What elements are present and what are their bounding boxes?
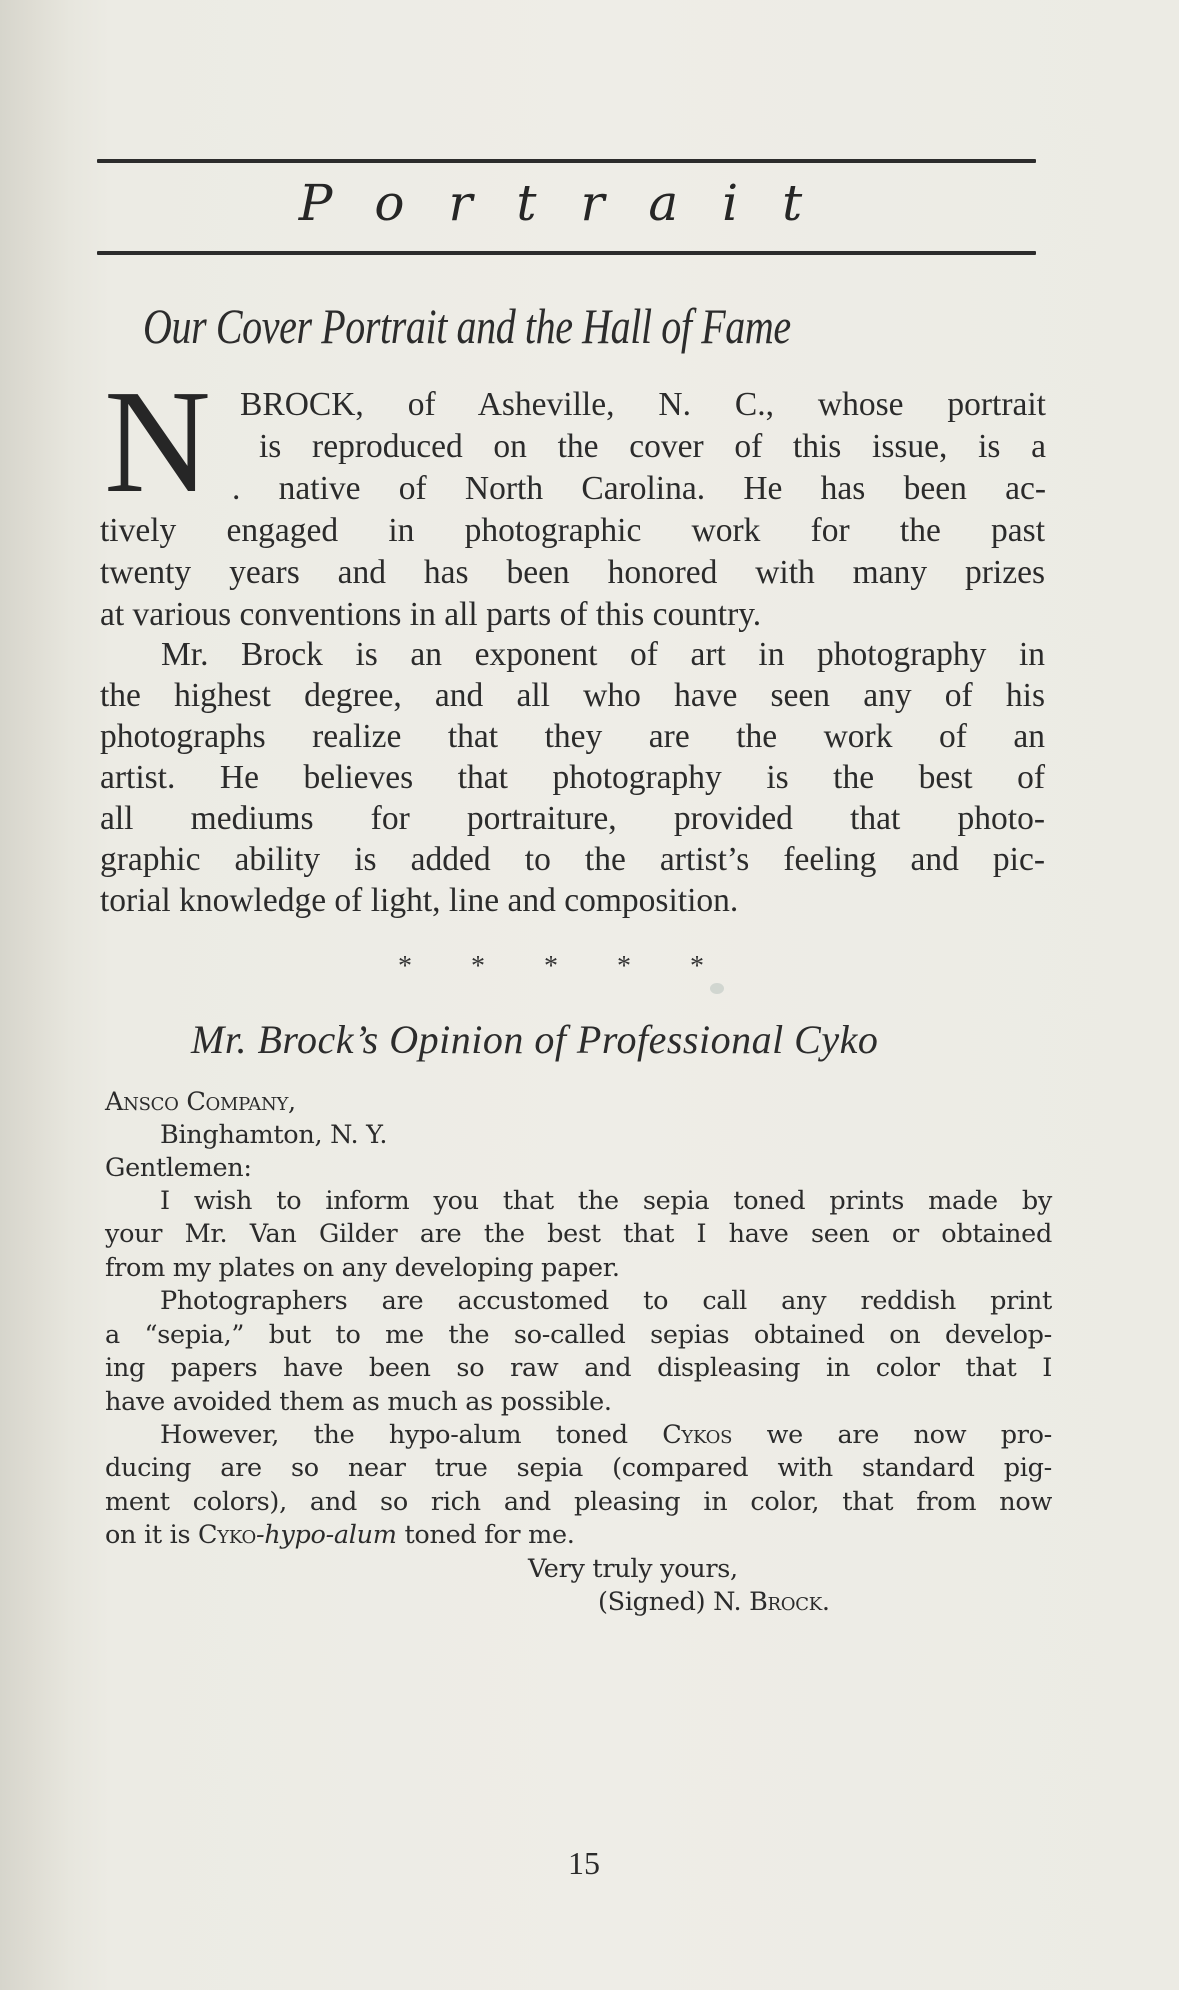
letter-text: on it is xyxy=(105,1520,198,1550)
letter-line: on it is Cyko-hypo-alum toned for me. xyxy=(105,1518,1052,1552)
product-name-cyko: Cyko xyxy=(198,1520,256,1550)
page-number: 15 xyxy=(568,1843,600,1883)
letter-line: However, the hypo-alum toned Cykos we ar… xyxy=(160,1418,1052,1452)
letter-line: from my plates on any developing paper. xyxy=(105,1251,1052,1285)
body-line: torial knowledge of light, line and comp… xyxy=(100,880,1045,922)
letter-line: your Mr. Van Gilder are the best that I … xyxy=(105,1217,1052,1251)
header-rule-top xyxy=(97,159,1036,163)
signature-prefix: (Signed) N. xyxy=(598,1587,749,1617)
letter-text: However, the hypo-alum toned xyxy=(160,1420,662,1450)
letter-text: we are now pro- xyxy=(732,1420,1052,1450)
letter-line: ing papers have been so raw and displeas… xyxy=(105,1351,1052,1385)
letter-closing: Very truly yours, xyxy=(528,1552,1028,1586)
body-line: . native of North Carolina. He has been … xyxy=(232,468,1046,510)
body-line: tively engaged in photographic work for … xyxy=(100,510,1045,552)
body-line: Mr. Brock is an exponent of art in photo… xyxy=(161,634,1045,676)
body-line: BROCK, of Asheville, N. C., whose portra… xyxy=(240,384,1046,426)
signature-name: Brock. xyxy=(749,1587,830,1617)
body-line: graphic ability is added to the artist’s… xyxy=(100,839,1045,881)
letter-line: ment colors), and so rich and pleasing i… xyxy=(105,1485,1052,1519)
letter-address-city: Binghamton, N. Y. xyxy=(160,1118,1107,1152)
drop-cap: N xyxy=(104,372,211,512)
header-rule-bottom xyxy=(97,251,1036,255)
letter-signature: (Signed) N. Brock. xyxy=(598,1585,1038,1619)
section-title: Portrait xyxy=(97,168,1036,238)
body-line: is reproduced on the cover of this issue… xyxy=(259,426,1046,468)
body-line: the highest degree, and all who have see… xyxy=(100,675,1045,717)
body-line: at various conventions in all parts of t… xyxy=(100,594,1045,636)
body-line: all mediums for portraiture, provided th… xyxy=(100,798,1045,840)
letter-line: Photographers are accustomed to call any… xyxy=(160,1284,1052,1318)
article-title-cyko-opinion: Mr. Brock’s Opinion of Professional Cyko xyxy=(191,1015,878,1065)
letter-addressee: Ansco Company, xyxy=(105,1085,1052,1119)
letter-line: have avoided them as much as possible. xyxy=(105,1385,1052,1419)
letter-salutation: Gentlemen: xyxy=(105,1151,1052,1185)
section-separator: * * * * * xyxy=(398,950,704,984)
article-title-cover-portrait: Our Cover Portrait and the Hall of Fame xyxy=(143,296,791,356)
body-line: photographs realize that they are the wo… xyxy=(100,716,1045,758)
body-line: artist. He believes that photography is … xyxy=(100,757,1045,799)
product-variant-hypo-alum: -hypo-alum xyxy=(256,1520,397,1550)
product-name-cykos: Cykos xyxy=(662,1420,732,1450)
letter-text: toned for me. xyxy=(397,1520,575,1550)
letter-line: I wish to inform you that the sepia tone… xyxy=(160,1184,1052,1218)
paper-blemish xyxy=(710,983,724,994)
letter-line: a “sepia,” but to me the so-called sepia… xyxy=(105,1318,1052,1352)
letter-line: ducing are so near true sepia (compared … xyxy=(105,1451,1052,1485)
body-line: twenty years and has been honored with m… xyxy=(100,552,1045,594)
